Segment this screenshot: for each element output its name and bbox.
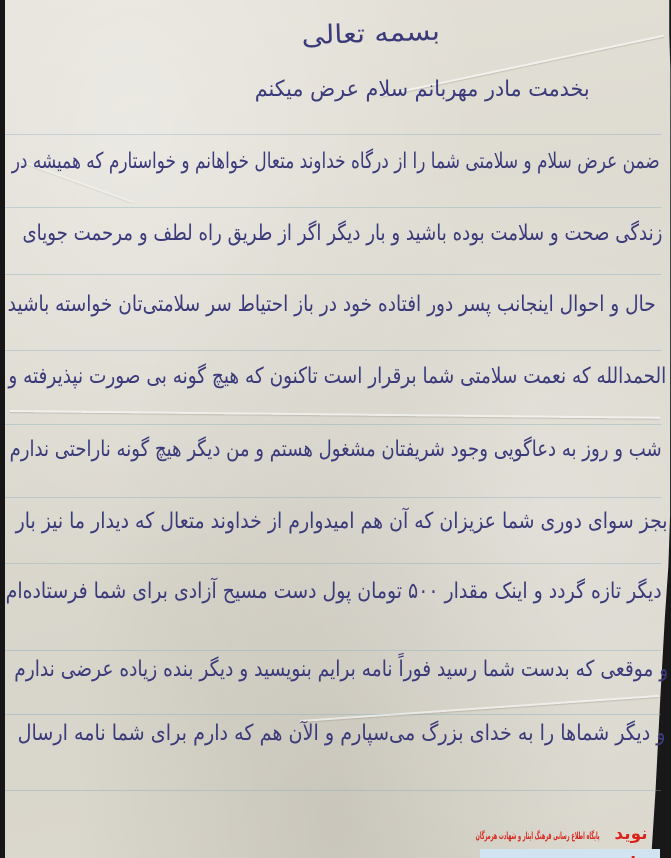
letter-line-text: زندگی صحت و سلامت بوده باشید و بار دیگر … (22, 212, 662, 256)
letter-heading: بسمه تعالی (299, 10, 440, 59)
watermark: نوید شاهد پایگاه اطلاع رسانی فرهنگ ایثار… (470, 815, 660, 858)
ruled-line (5, 350, 661, 351)
letter-line-text: حال و احوال اینجانب پسر دور افتاده خود د… (8, 283, 656, 327)
ruled-line (5, 274, 661, 275)
letter-line-text: دیگر تازه گردد و اینک مقدار ۵۰۰ تومان پو… (6, 570, 662, 614)
letter-line-text: شب و روز به دعاگویی وجود شریفتان مشغول ه… (10, 428, 662, 472)
watermark-caption: پایگاه اطلاع رسانی فرهنگ ایثار و شهادت ه… (476, 827, 600, 847)
letter-line-text: الحمدالله که نعمت سلامتی شما برقرار است … (8, 355, 666, 399)
letter-line: بجز سوای دوری شما عزیزان که آن هم امیدوا… (16, 500, 668, 544)
letter-salutation: بخدمت مادر مهربانم سلام عرض میکنم (255, 68, 590, 112)
letter-line: و موقعی که بدست شما رسید فوراً نامه برای… (14, 648, 668, 692)
watermark-caption-text: پایگاه اطلاع رسانی فرهنگ ایثار و شهادت ه… (476, 827, 600, 847)
bleed-through-ink (8, 78, 248, 106)
ruled-line (5, 424, 661, 425)
scanned-letter-page: بسمه تعالی بخدمت مادر مهربانم سلام عرض م… (0, 0, 671, 858)
letter-line: شب و روز به دعاگویی وجود شریفتان مشغول ه… (10, 428, 662, 472)
letter-line-text: و دیگر شماها را به خدای بزرگ می‌سپارم و … (18, 712, 666, 756)
letter-line: زندگی صحت و سلامت بوده باشید و بار دیگر … (22, 212, 662, 256)
ruled-line (5, 207, 661, 208)
paper-crease (10, 410, 660, 419)
letter-salutation-text: بخدمت مادر مهربانم سلام عرض میکنم (255, 68, 590, 112)
letter-line: و دیگر شماها را به خدای بزرگ می‌سپارم و … (18, 712, 666, 756)
ruled-line (5, 563, 661, 564)
letter-line-text: بجز سوای دوری شما عزیزان که آن هم امیدوا… (16, 500, 668, 544)
letter-line-text: ضمن عرض سلام و سلامتی شما را از درگاه خد… (12, 140, 660, 184)
letter-heading-text: بسمه تعالی (301, 10, 441, 59)
letter-line: ضمن عرض سلام و سلامتی شما را از درگاه خد… (12, 140, 660, 184)
ruled-line (5, 134, 661, 135)
letter-line: الحمدالله که نعمت سلامتی شما برقرار است … (8, 355, 666, 399)
ruled-line (5, 790, 661, 791)
letter-line-text: و موقعی که بدست شما رسید فوراً نامه برای… (14, 648, 668, 692)
letter-line: دیگر تازه گردد و اینک مقدار ۵۰۰ تومان پو… (6, 570, 662, 614)
watermark-logo: نوید شاهد (602, 819, 660, 853)
letter-line: حال و احوال اینجانب پسر دور افتاده خود د… (8, 283, 656, 327)
ruled-line (5, 497, 661, 498)
